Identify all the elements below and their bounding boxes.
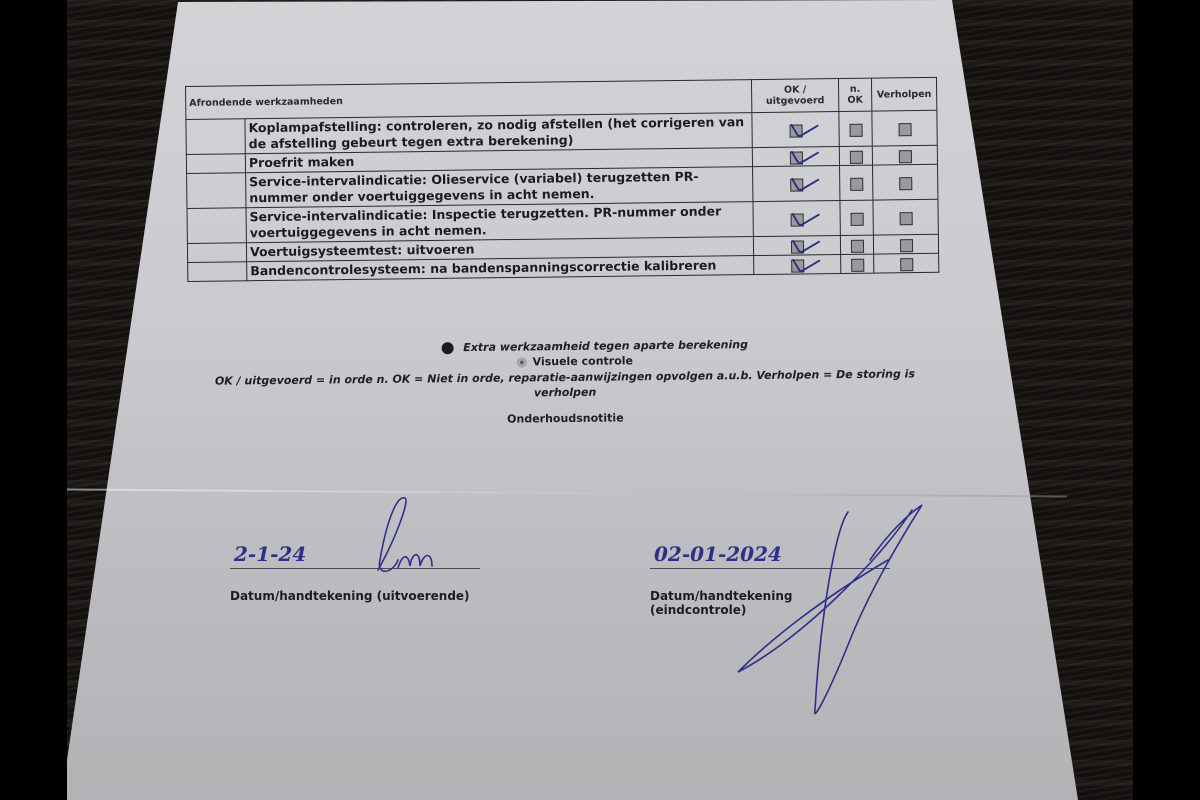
final-check-label: Datum/handtekening (eindcontrole) <box>650 589 890 617</box>
column-fixed: Verholpen <box>871 77 936 111</box>
ok-checkbox[interactable] <box>789 124 802 137</box>
ok-cell <box>754 255 841 275</box>
ok-cell <box>752 112 839 148</box>
ok-checkbox[interactable] <box>791 259 804 272</box>
fixed-cell <box>872 145 937 165</box>
legend: Extra werkzaamheid tegen aparte berekeni… <box>190 336 941 429</box>
legend-explanation: OK / uitgevoerd = in orde n. OK = Niet i… <box>190 366 940 404</box>
ok-cell <box>752 147 839 167</box>
not-ok-cell <box>841 254 874 273</box>
fixed-checkbox[interactable] <box>899 177 912 190</box>
row-spacer <box>188 262 247 282</box>
ok-cell <box>753 236 840 256</box>
column-not-ok: n. OK <box>838 78 871 111</box>
signature-line[interactable]: 2-1-24 <box>230 540 480 569</box>
tasks-table: Afrondende werkzaamheden OK / uitgevoerd… <box>185 77 939 282</box>
signature-line[interactable]: 02-01-2024 <box>650 540 890 569</box>
fixed-cell <box>873 234 938 254</box>
not-ok-cell <box>840 165 873 200</box>
fixed-cell <box>873 199 938 235</box>
executor-date: 2-1-24 <box>234 542 306 566</box>
not-ok-checkbox[interactable] <box>849 150 862 163</box>
fixed-checkbox[interactable] <box>898 123 911 136</box>
not-ok-cell <box>840 235 873 254</box>
row-spacer <box>186 154 245 174</box>
not-ok-cell <box>839 146 872 165</box>
ok-checkbox[interactable] <box>789 151 802 164</box>
column-ok: OK / uitgevoerd <box>751 79 838 113</box>
not-ok-checkbox[interactable] <box>850 212 863 225</box>
signature-executor: 2-1-24 Datum/handtekening (uitvoerende) <box>230 540 480 603</box>
fixed-cell <box>872 110 937 146</box>
black-dot-icon <box>441 342 453 354</box>
checklist-form: Afrondende werkzaamheden OK / uitgevoerd… <box>185 77 939 282</box>
ok-checkbox[interactable] <box>790 178 803 191</box>
ok-checkbox[interactable] <box>790 213 803 226</box>
ok-checkbox[interactable] <box>790 240 803 253</box>
not-ok-checkbox[interactable] <box>850 177 863 190</box>
not-ok-checkbox[interactable] <box>850 239 863 252</box>
fixed-cell <box>874 253 939 273</box>
fixed-checkbox[interactable] <box>900 258 913 271</box>
signature-final-check: 02-01-2024 Datum/handtekening (eindcontr… <box>650 540 890 617</box>
not-ok-checkbox[interactable] <box>851 258 864 271</box>
fixed-checkbox[interactable] <box>899 239 912 252</box>
grey-dot-icon <box>517 357 527 367</box>
ok-cell <box>753 166 840 202</box>
fixed-checkbox[interactable] <box>898 150 911 163</box>
row-spacer <box>187 208 246 244</box>
executor-label: Datum/handtekening (uitvoerende) <box>230 589 480 603</box>
not-ok-checkbox[interactable] <box>849 123 862 136</box>
row-spacer <box>187 243 246 263</box>
ok-cell <box>753 201 840 237</box>
row-spacer <box>187 173 246 209</box>
fixed-checkbox[interactable] <box>899 212 912 225</box>
final-check-date: 02-01-2024 <box>654 542 782 566</box>
not-ok-cell <box>840 200 873 235</box>
not-ok-cell <box>839 111 872 146</box>
row-spacer <box>186 119 245 155</box>
fixed-cell <box>873 164 938 200</box>
